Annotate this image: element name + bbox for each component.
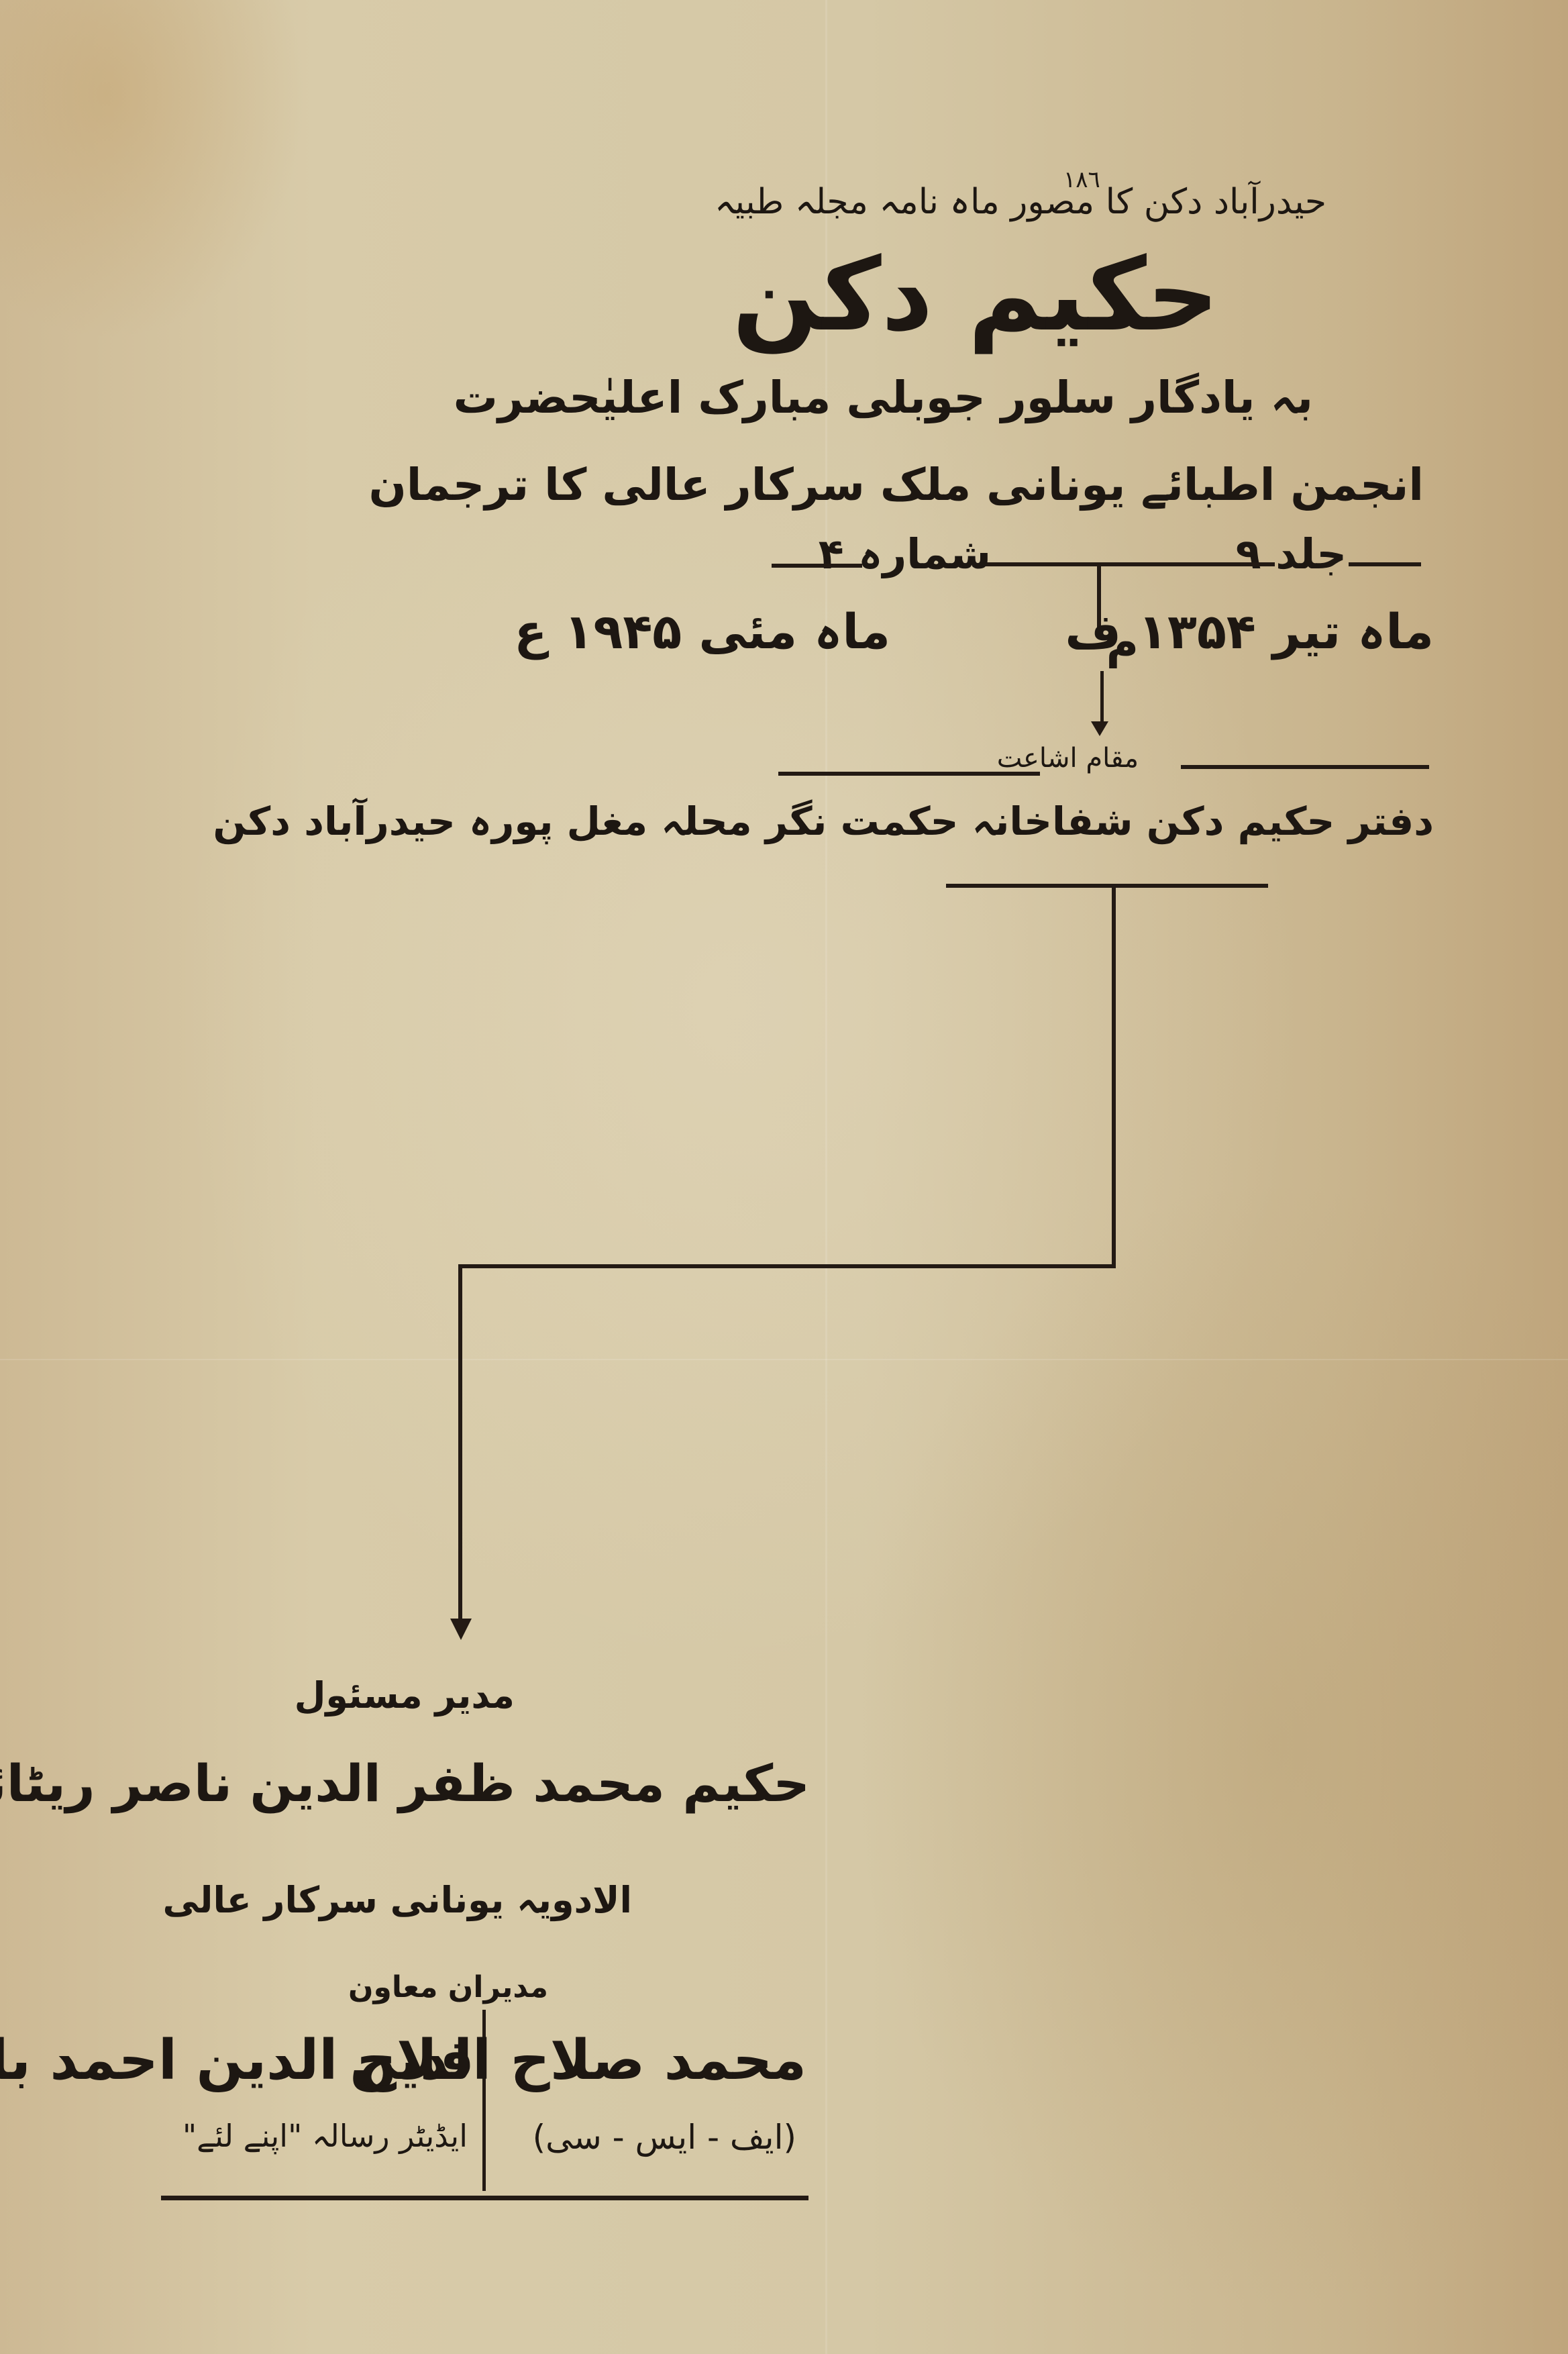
masthead-organization: انجمن اطبائے یونانی ملک سرکار عالی کا تر… (368, 463, 1424, 507)
editor-connector-horizontal (458, 1264, 1116, 1268)
arrow-down-icon (450, 1619, 472, 1640)
assistant-editor-2-qualification: ایڈیٹر رسالہ "اپنے لئے" (182, 2120, 468, 2151)
issue-rule-right (1349, 562, 1421, 566)
editor-connector-vertical-left (458, 1266, 462, 1622)
paper-crease (0, 1359, 1568, 1360)
address-underline (946, 884, 1268, 888)
assistant-editors-role: مدیران معاون (348, 1973, 548, 2002)
masthead-dedication: بہ یادگار سلور جوبلی مبارک اعلیٰحضرت (454, 376, 1313, 420)
issue-number: شمارہ ۴ (819, 533, 991, 575)
editor-connector-vertical-right (1112, 886, 1116, 1268)
chief-editor-role: مدیر مسئول (295, 1678, 515, 1714)
assistant-editor-1-qualification: (ایف - ایس - سی) (533, 2120, 796, 2154)
publication-rule-left (778, 772, 1040, 776)
issue-volume: جلد ۹ (1236, 533, 1347, 575)
hijri-date-suffix: م (1106, 621, 1139, 665)
chief-editor-name: حکیم محمد ظفر الدین ناصر ریٹائرڈ مہتمم ص… (0, 1758, 810, 1809)
assistant-editors-baseline (161, 2196, 808, 2200)
publication-arrow-line (1100, 671, 1104, 725)
issue-rule-center (983, 562, 1275, 566)
gregorian-date: ماہ مئی ۱۹۴۵ ع (514, 607, 890, 656)
issue-rule-left (772, 564, 862, 568)
arrow-down-icon (1091, 721, 1108, 736)
masthead-tagline: حیدرآباد دکن کا مصور ماہ نامہ مجلہ طبیہ (715, 185, 1326, 219)
masthead-title: حکیم دکن (732, 245, 1219, 346)
chief-editor-affiliation: الادویہ یونانی سرکار عالی (163, 1882, 632, 1918)
assistant-editor-2-name: فلاح الدین احمد باصر (0, 2033, 474, 2088)
publication-place-label: مقام اشاعت (997, 745, 1139, 772)
publication-rule-right (1181, 765, 1429, 769)
publication-address: دفتر حکیم دکن شفاخانہ حکمت نگر محلہ مغل … (213, 802, 1434, 841)
